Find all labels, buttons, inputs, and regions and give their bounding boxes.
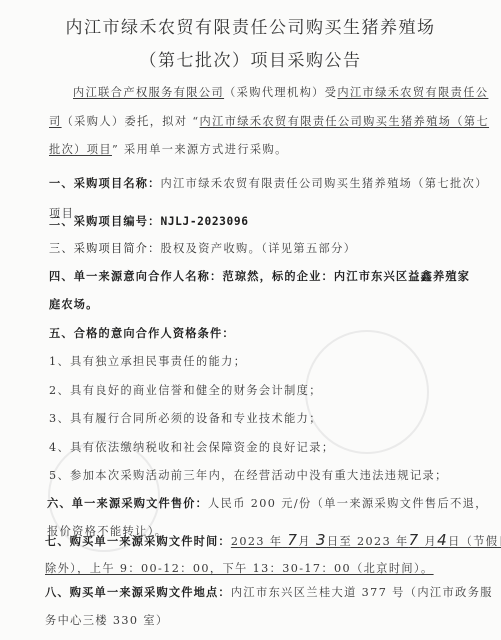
purchase-hours: 除外），上午 9：00-12：00，下午 13：30-17：00（北京时间）。 [45,562,434,575]
handwritten-end-month: 7 [409,531,420,549]
faint-stamp-right [305,330,429,454]
requirement-item: 5、参加本次采购活动前三年内，在经营活动中没有重大违法违规记录； [49,469,448,483]
intro-line1: 内江联合产权服务有限公司（采购代理机构）受内江市绿禾农贸有限责任公 [73,86,488,100]
section1-value: 内江市绿禾农贸有限责任公司购买生猪养殖场（第七批次） [161,177,488,190]
requirement-item: 3、具有履行合同所必须的设备和专业技术能力； [49,412,322,426]
section5-label: 五、合格的意向合作人资格条件： [49,327,235,340]
section8-line1: 八、购买单一来源采购文件地点：内江市东兴区兰桂大道 377 号（内江市政务服 [45,586,493,600]
section6-value: 人民币 200 元/份（单一来源采购文件售后不退， [208,497,488,510]
document-title-line1: 内江市绿禾农贸有限责任公司购买生猪养殖场 [0,13,501,38]
purchase-location-cont: 务中心三楼 330 室） [45,614,169,627]
section8-line2: 务中心三楼 330 室） [45,614,169,628]
purchaser-name-part1: 内江市绿禾农贸有限责任公 [337,86,488,99]
section3-value: 股权及资产收购。（详见第五部分） [161,242,357,255]
start-year: 2023 年 [231,535,283,548]
section7-line2: 除外），上午 9：00-12：00，下午 13：30-17：00（北京时间）。 [45,562,434,576]
project-name-part2: 批次）项目 [49,143,112,156]
section4-value: 范琼然，标的企业：内江市东兴区益鑫养殖家 [222,270,470,283]
section4-value-cont: 庭农场。 [49,298,99,311]
section3-label: 三、采购项目简介： [49,242,161,255]
scanned-document-page: 内江市绿禾农贸有限责任公司购买生猪养殖场 （第七批次）项目采购公告 内江联合产权… [0,0,501,640]
agency-role: （采购代理机构）受 [224,86,337,99]
requirement-item: 2、具有良好的商业信誉和健全的财务会计制度； [49,384,322,398]
section7-line1: 七、购买单一来源采购文件时间：2023 年 7月 3日至 2023 年7 月4日… [45,533,501,549]
requirement-item: 4、具有依法缴纳税收和社会保障资金的良好记录； [49,441,334,455]
project-name-part1: 内江市绿禾农贸有限责任公司购买生猪养殖场（第七 [200,115,490,128]
section8-label: 八、购买单一来源采购文件地点： [45,586,231,599]
intro-line2: 司（采购人）委托，拟对 “内江市绿禾农贸有限责任公司购买生猪养殖场（第七 [49,115,489,129]
section4-line2: 庭农场。 [49,298,99,312]
requirement-item: 1、具有独立承担民事责任的能力； [49,355,246,369]
section2-label: 二、采购项目编号： [49,215,161,228]
day-label-to-end-year: 日至 2023 年 [327,535,409,548]
section5-heading: 五、合格的意向合作人资格条件： [49,327,235,341]
handwritten-start-month: 7 [287,531,298,549]
section6-line1: 六、单一来源采购文件售价：人民币 200 元/份（单一来源采购文件售后不退， [47,497,488,511]
purchase-time-range: 2023 年 7月 3日至 2023 年7 月4日（节假日 [231,535,501,548]
handwritten-end-day: 4 [437,531,448,549]
month-label: 月 [420,535,438,548]
agency-name: 内江联合产权服务有限公司 [73,86,224,99]
handwritten-start-day: 3 [316,531,327,549]
section3-row: 三、采购项目简介：股权及资产收购。（详见第五部分） [49,242,356,256]
section2-row: 二、采购项目编号：NJLJ-2023096 [49,215,249,229]
section4-label: 四、单一来源意向合作人名称： [49,270,222,283]
procurement-method: ” 采用单一来源方式进行采购。 [112,143,288,156]
section4-line1: 四、单一来源意向合作人名称：范琼然，标的企业：内江市东兴区益鑫养殖家 [49,270,470,284]
document-title-line2: （第七批次）项目采购公告 [0,46,501,71]
project-number: NJLJ-2023096 [161,215,249,228]
section1-label: 一、采购项目名称： [49,177,161,190]
month-label: 月 [298,535,311,548]
purchaser-name-part2: 司 [49,115,62,128]
section7-label: 七、购买单一来源采购文件时间： [45,535,231,548]
purchase-location: 内江市东兴区兰桂大道 377 号（内江市政务服 [231,586,493,599]
day-label-holiday: 日（节假日 [448,535,501,548]
section1-line1: 一、采购项目名称：内江市绿禾农贸有限责任公司购买生猪养殖场（第七批次） [49,177,488,191]
intro-line3: 批次）项目” 采用单一来源方式进行采购。 [49,143,288,157]
section6-label: 六、单一来源采购文件售价： [47,497,208,510]
purchaser-role: （采购人）委托，拟对 “ [62,115,200,128]
